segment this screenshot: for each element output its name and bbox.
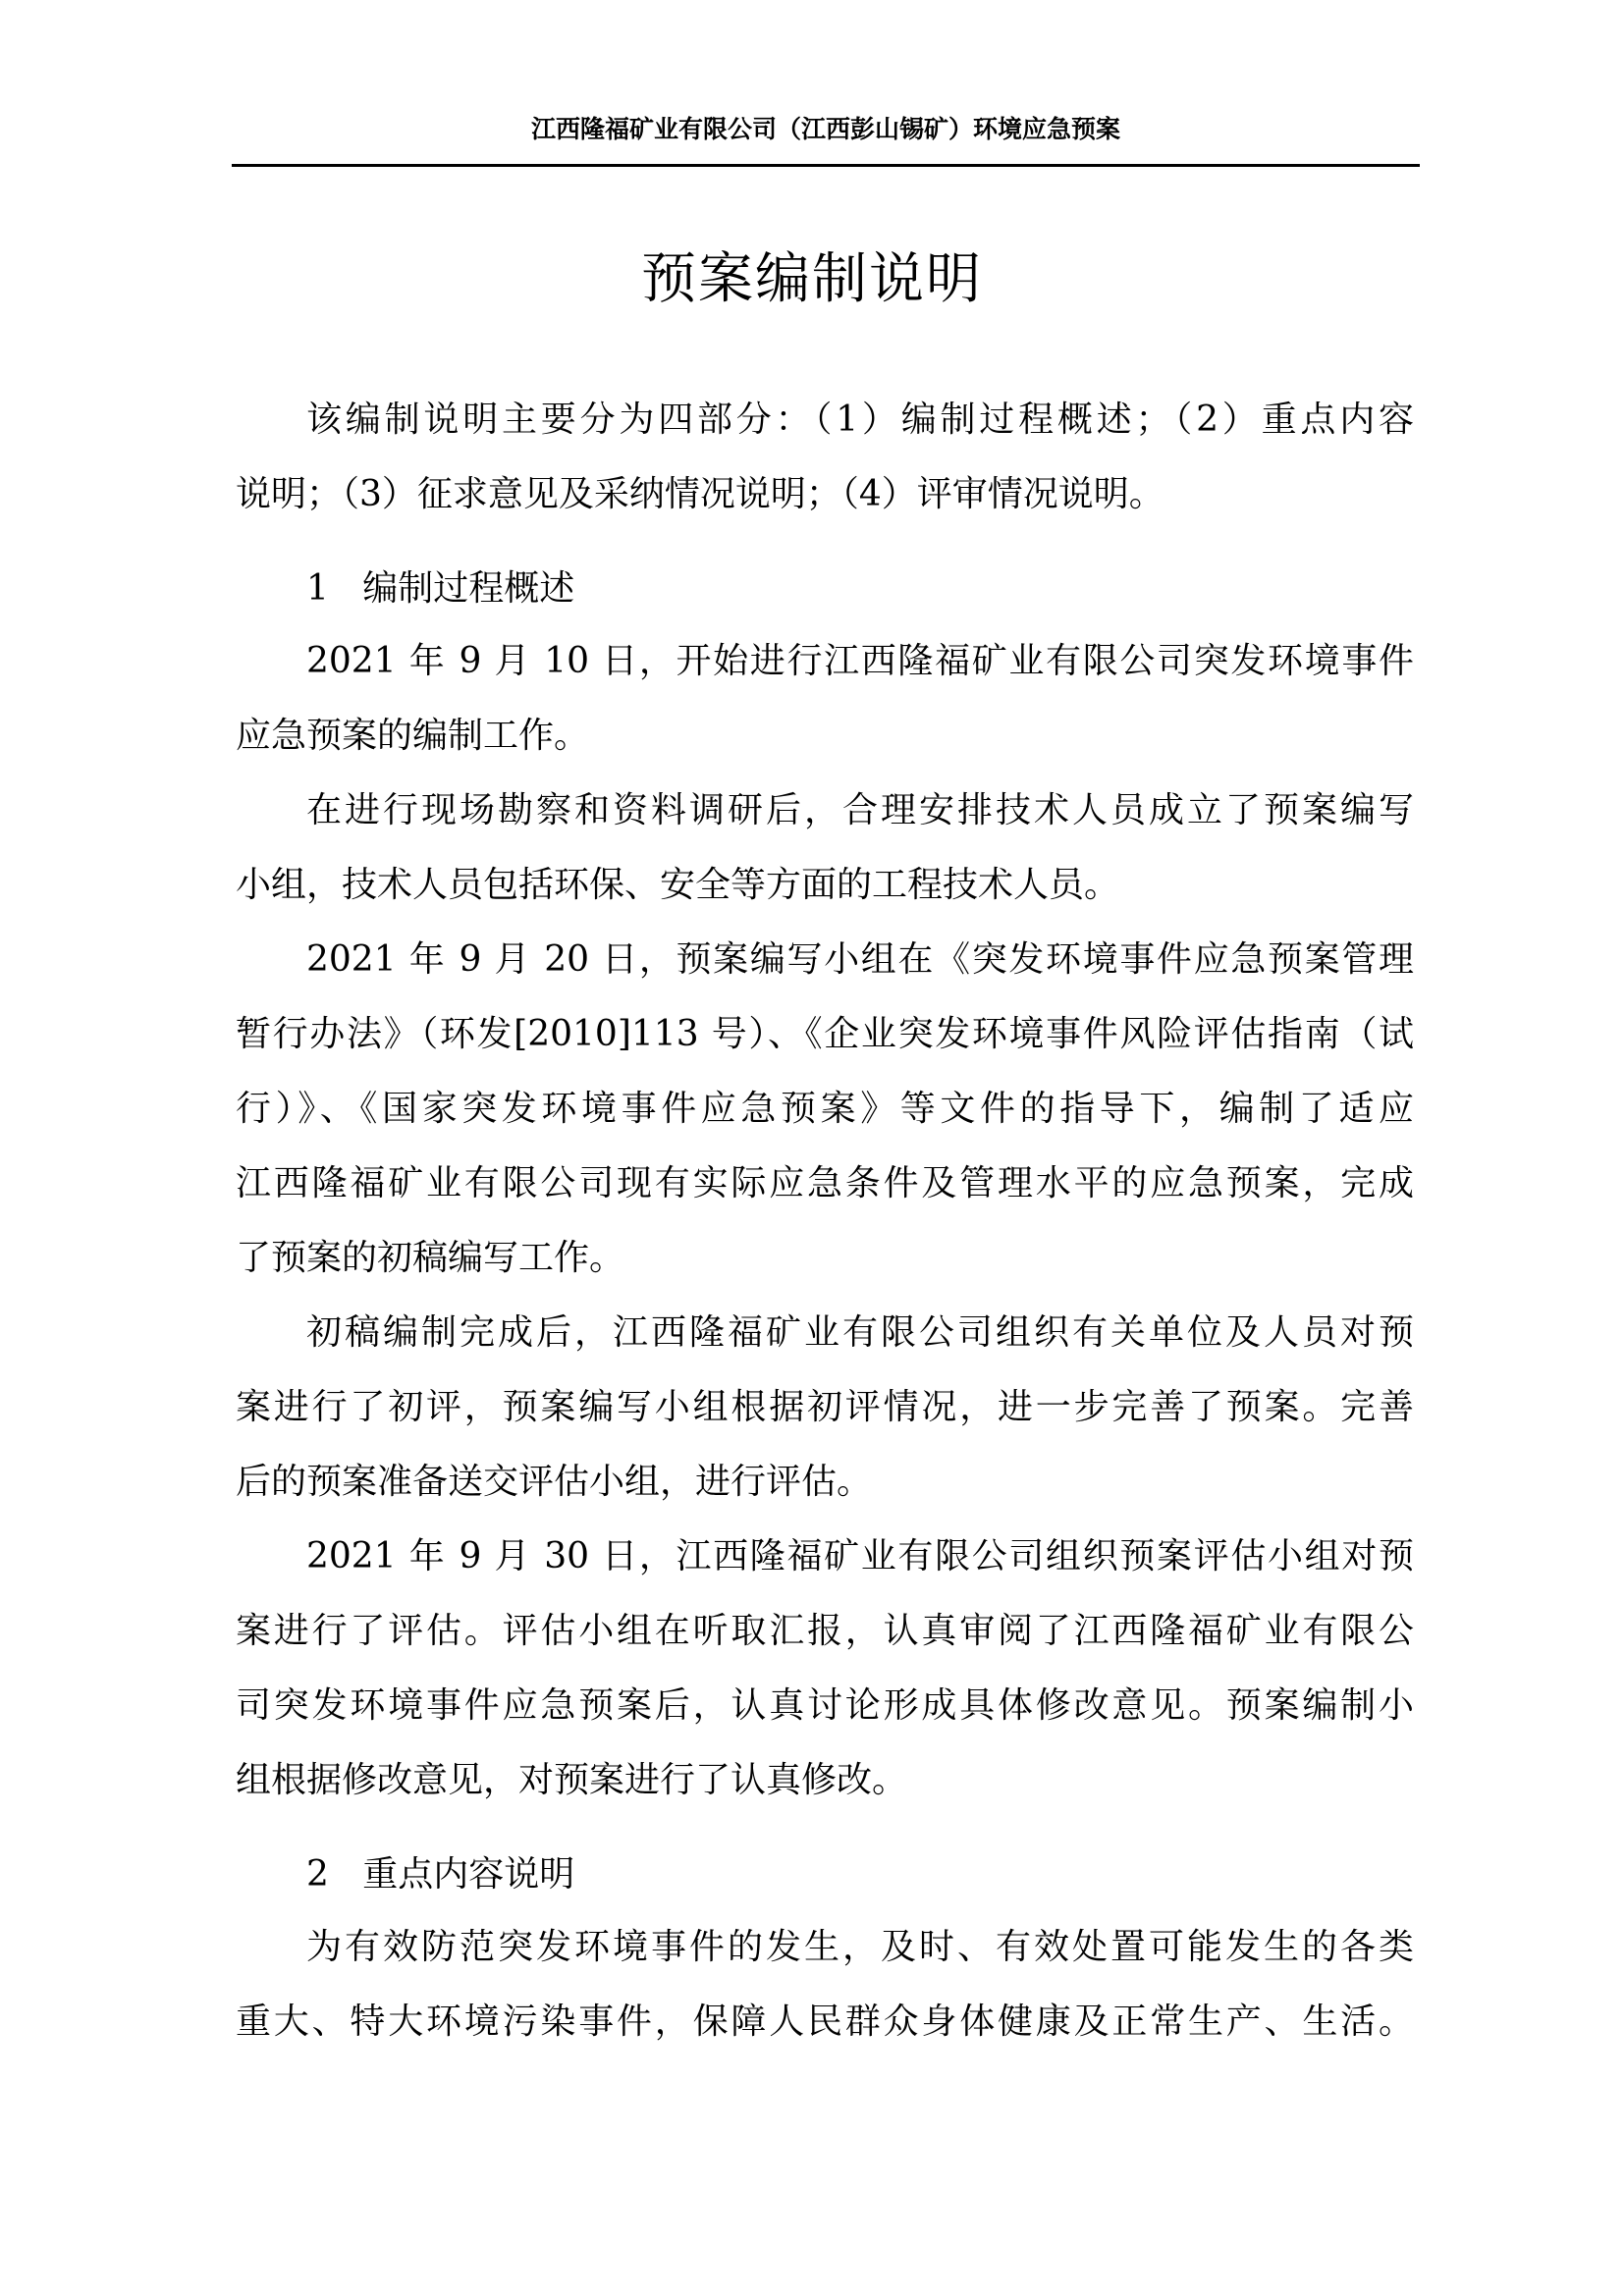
text-line: 应急预案的编制工作。: [236, 699, 1414, 774]
text-line: 2021 年 9 月 20 日，预案编写小组在《突发环境事件应急预案管理: [236, 923, 1414, 997]
text-line: 重大、特大环境污染事件，保障人民群众身体健康及正常生产、生活。: [236, 1985, 1414, 2059]
section-heading-1: 1 编制过程概述: [236, 554, 1414, 624]
section-title: 编制过程概述: [362, 568, 574, 609]
paragraph: 初稿编制完成后，江西隆福矿业有限公司组织有关单位及人员对预 案进行了初评，预案编…: [236, 1296, 1414, 1520]
text-line: 说明；（3）征求意见及采纳情况说明；（4）评审情况说明。: [236, 457, 1414, 532]
text-line: 2021 年 9 月 30 日，江西隆福矿业有限公司组织预案评估小组对预: [236, 1520, 1414, 1594]
text-line: 江西隆福矿业有限公司现有实际应急条件及管理水平的应急预案，完成: [236, 1147, 1414, 1221]
text-line: 司突发环境事件应急预案后，认真讨论形成具体修改意见。预案编制小: [236, 1669, 1414, 1743]
text-line: 案进行了评估。评估小组在听取汇报，认真审阅了江西隆福矿业有限公: [236, 1594, 1414, 1669]
text-line: 组根据修改意见，对预案进行了认真修改。: [236, 1743, 1414, 1818]
paragraph: 2021 年 9 月 10 日，开始进行江西隆福矿业有限公司突发环境事件 应急预…: [236, 624, 1414, 774]
document-body: 该编制说明主要分为四部分：（1）编制过程概述；（2）重点内容 说明；（3）征求意…: [236, 383, 1414, 2059]
page-title: 预案编制说明: [0, 236, 1624, 314]
section-number: 2: [306, 1854, 329, 1895]
paragraph: 2021 年 9 月 30 日，江西隆福矿业有限公司组织预案评估小组对预 案进行…: [236, 1520, 1414, 1818]
text-line: 行）》、《国家突发环境事件应急预案》等文件的指导下，编制了适应: [236, 1072, 1414, 1147]
paragraph: 为有效防范突发环境事件的发生，及时、有效处置可能发生的各类 重大、特大环境污染事…: [236, 1910, 1414, 2059]
text-line: 后的预案准备送交评估小组，进行评估。: [236, 1445, 1414, 1520]
section-number: 1: [306, 568, 329, 609]
text-line: 案进行了初评，预案编写小组根据初评情况，进一步完善了预案。完善: [236, 1370, 1414, 1445]
text-line: 暂行办法》（环发[2010]113 号）、《企业突发环境事件风险评估指南（试: [236, 997, 1414, 1072]
intro-paragraph: 该编制说明主要分为四部分：（1）编制过程概述；（2）重点内容 说明；（3）征求意…: [236, 383, 1414, 532]
text-line: 在进行现场勘察和资料调研后，合理安排技术人员成立了预案编写: [236, 774, 1414, 848]
section-heading-2: 2 重点内容说明: [236, 1840, 1414, 1910]
text-line: 小组，技术人员包括环保、安全等方面的工程技术人员。: [236, 848, 1414, 923]
header-divider: [232, 164, 1420, 167]
running-header: 江西隆福矿业有限公司（江西彭山锡矿）环境应急预案: [232, 110, 1420, 145]
text-line: 该编制说明主要分为四部分：（1）编制过程概述；（2）重点内容: [236, 383, 1414, 457]
paragraph: 在进行现场勘察和资料调研后，合理安排技术人员成立了预案编写 小组，技术人员包括环…: [236, 774, 1414, 923]
text-line: 2021 年 9 月 10 日，开始进行江西隆福矿业有限公司突发环境事件: [236, 624, 1414, 699]
text-line: 了预案的初稿编写工作。: [236, 1221, 1414, 1296]
section-title: 重点内容说明: [362, 1854, 574, 1895]
text-line: 为有效防范突发环境事件的发生，及时、有效处置可能发生的各类: [236, 1910, 1414, 1985]
paragraph: 2021 年 9 月 20 日，预案编写小组在《突发环境事件应急预案管理 暂行办…: [236, 923, 1414, 1296]
text-line: 初稿编制完成后，江西隆福矿业有限公司组织有关单位及人员对预: [236, 1296, 1414, 1370]
